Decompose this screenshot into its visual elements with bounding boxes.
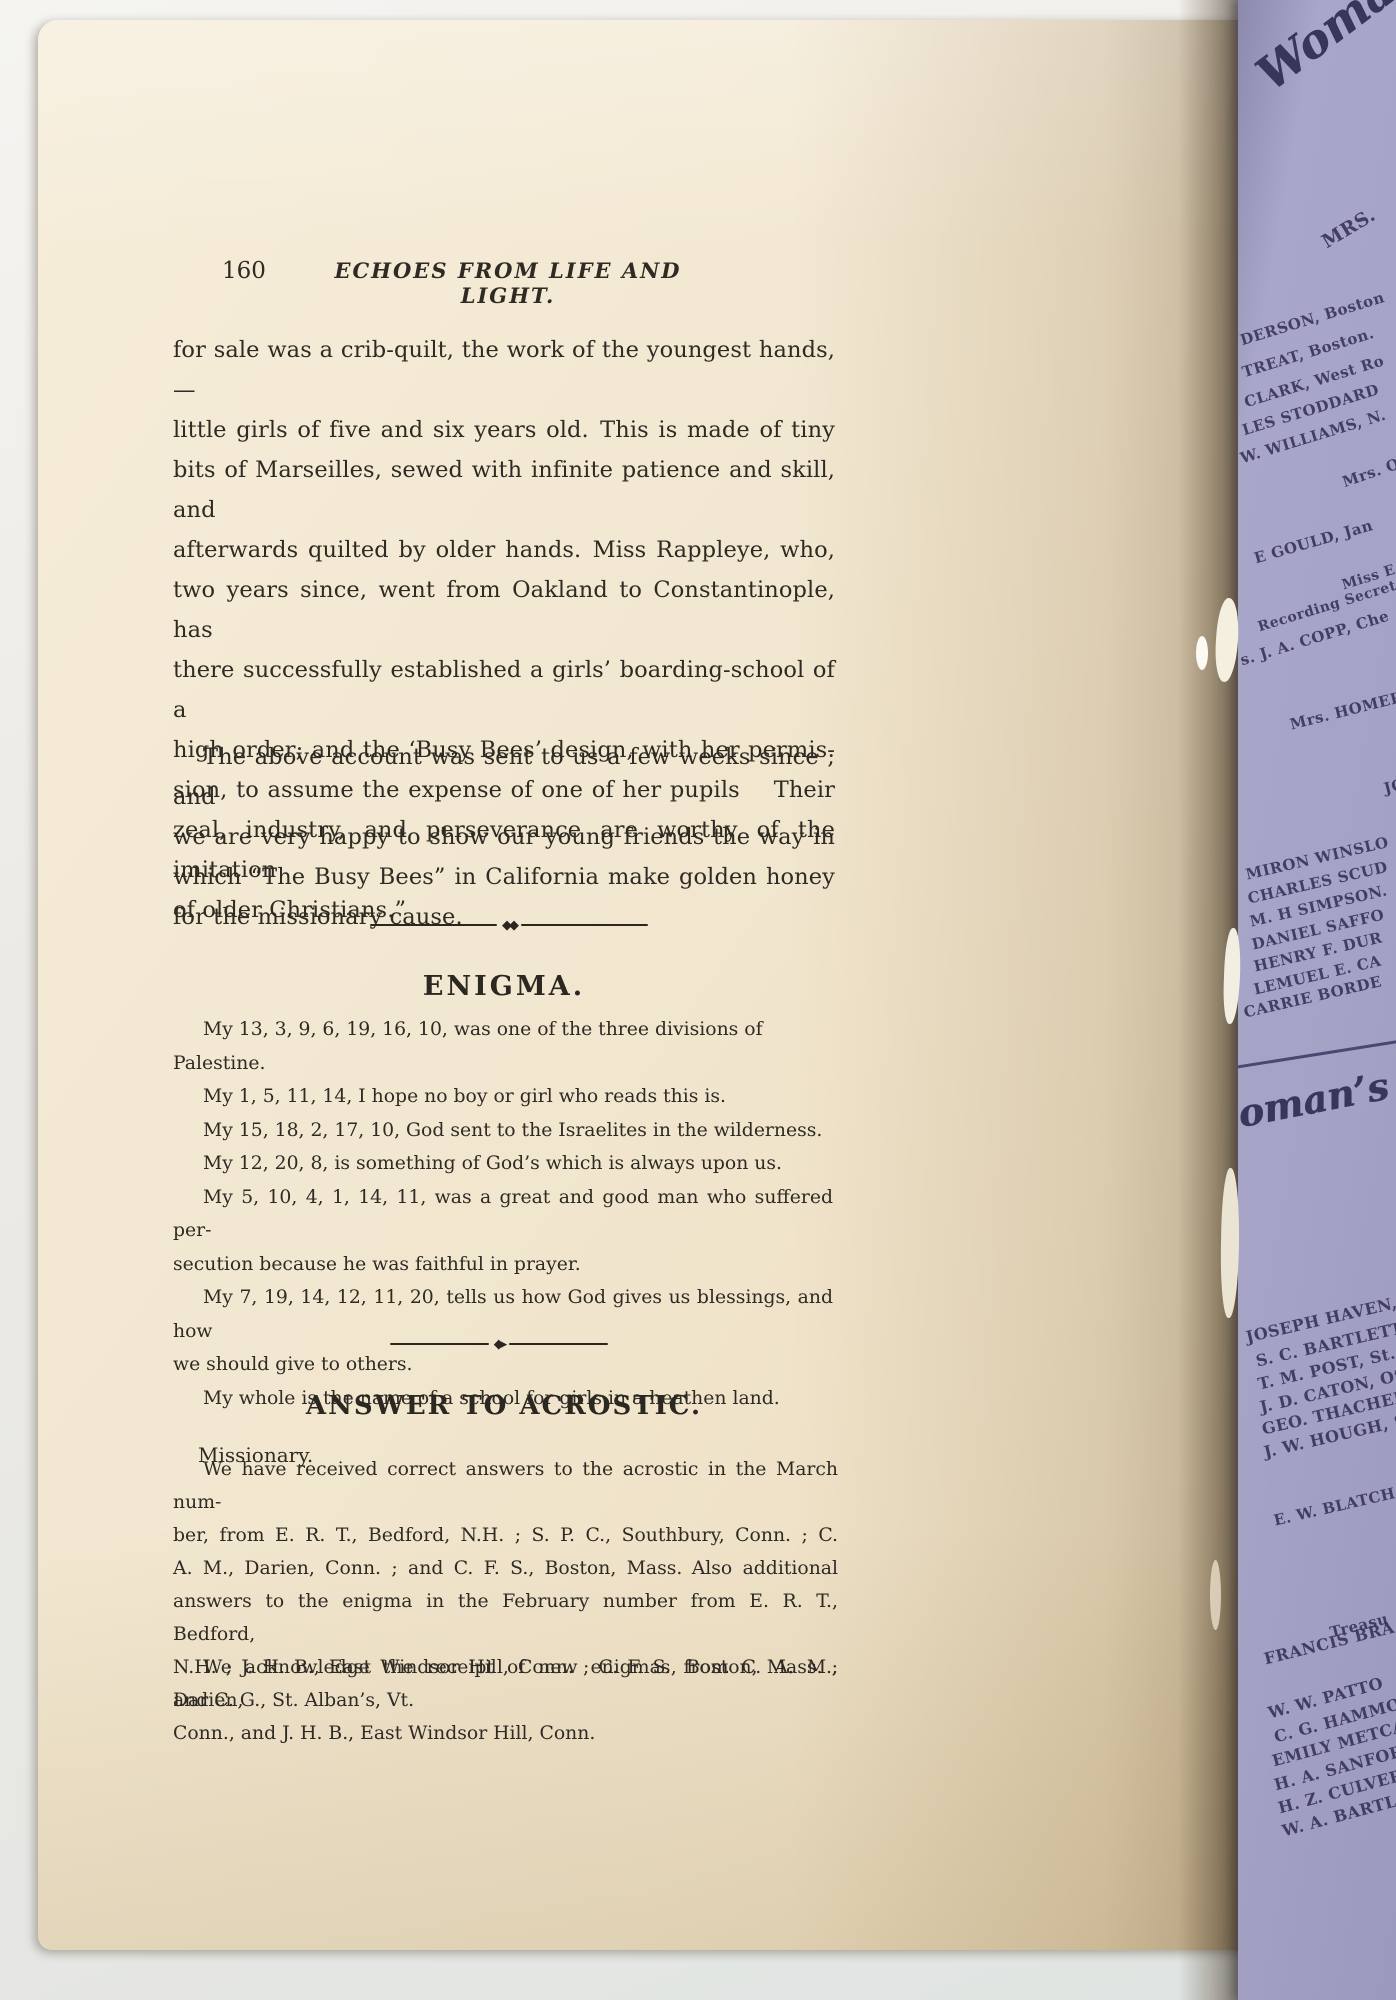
text-line: we should give to others. <box>173 1348 833 1382</box>
text-line: My 5, 10, 4, 1, 14, 11, was a great and … <box>173 1181 833 1248</box>
torn-paper-edge <box>1210 1560 1221 1630</box>
text-line: A. M., Darien, Conn. ; and C. F. S., Bos… <box>173 1552 838 1585</box>
divider-line <box>390 1343 489 1345</box>
next-page-fragment: E GOULD, Jan <box>1252 516 1375 567</box>
text-line: My 15, 18, 2, 17, 10, God sent to the Is… <box>173 1114 833 1148</box>
divider-line <box>521 924 648 926</box>
text-line: We have received correct answers to the … <box>173 1453 838 1519</box>
torn-paper-edge <box>1196 636 1208 670</box>
diamond-ornament-icon: ◆◆ <box>502 919 516 932</box>
acrostic-paragraph-2: We acknowledge the receipt of new enigma… <box>173 1651 838 1750</box>
text-line: there successfully established a girls’ … <box>173 650 835 730</box>
section-divider: ◆▸ <box>390 1336 608 1352</box>
text-line: We acknowledge the receipt of new enigma… <box>173 1651 838 1717</box>
acrostic-heading: ANSWER TO ACROSTIC. <box>173 1391 835 1421</box>
enigma-heading: ENIGMA. <box>173 971 835 1002</box>
divider-line <box>370 924 497 926</box>
text-line: My 1, 5, 11, 14, I hope no boy or girl w… <box>173 1080 833 1114</box>
text-line: secution because he was faithful in pray… <box>173 1248 833 1282</box>
divider-line <box>509 1343 608 1345</box>
next-page-fragment: JO <box>1382 775 1396 798</box>
section-divider: ◆◆ <box>370 917 648 933</box>
text-line: My 13, 3, 9, 6, 19, 16, 10, was one of t… <box>173 1013 833 1080</box>
text-line: The above account was sent to us a few w… <box>173 737 835 817</box>
next-page-fragment: Mrs. O <box>1340 455 1396 491</box>
next-page-fragment: MRS. <box>1318 204 1379 253</box>
text-line: answers to the enigma in the February nu… <box>173 1585 838 1651</box>
next-page-fragment: Woman’s <box>1246 0 1396 101</box>
diamond-ornament-icon: ◆▸ <box>494 1338 505 1351</box>
body-paragraph-2: The above account was sent to us a few w… <box>173 737 835 937</box>
book-scan: 160 ECHOES FROM LIFE AND LIGHT. for sale… <box>0 0 1396 2000</box>
text-line: afterwards quilted by older hands. Miss … <box>173 530 835 570</box>
text-line: Conn., and J. H. B., East Windsor Hill, … <box>173 1717 838 1750</box>
text-line: which “The Busy Bees” in California make… <box>173 857 835 897</box>
book-page: 160 ECHOES FROM LIFE AND LIGHT. for sale… <box>38 20 1250 1950</box>
enigma-list: My 13, 3, 9, 6, 19, 16, 10, was one of t… <box>173 1013 833 1415</box>
next-page-fragment: Mrs. HOMER <box>1288 688 1396 734</box>
text-line: for sale was a crib-quilt, the work of t… <box>173 330 835 410</box>
running-title: ECHOES FROM LIFE AND LIGHT. <box>288 258 728 308</box>
text-line: little girls of five and six years old. … <box>173 410 835 450</box>
text-line: two years since, went from Oakland to Co… <box>173 570 835 650</box>
next-page-fragment: E. W. BLATCH <box>1272 1484 1396 1529</box>
text-line: My 12, 20, 8, is something of God’s whic… <box>173 1147 833 1181</box>
text-line: ber, from E. R. T., Bedford, N.H. ; S. P… <box>173 1519 838 1552</box>
text-line: bits of Marseilles, sewed with infinite … <box>173 450 835 530</box>
page-number: 160 <box>222 258 266 284</box>
text-line: we are very happy to show our young frie… <box>173 817 835 857</box>
next-page: Woman’s MRS. DERSON, Boston TREAT, Bosto… <box>1238 0 1396 2000</box>
